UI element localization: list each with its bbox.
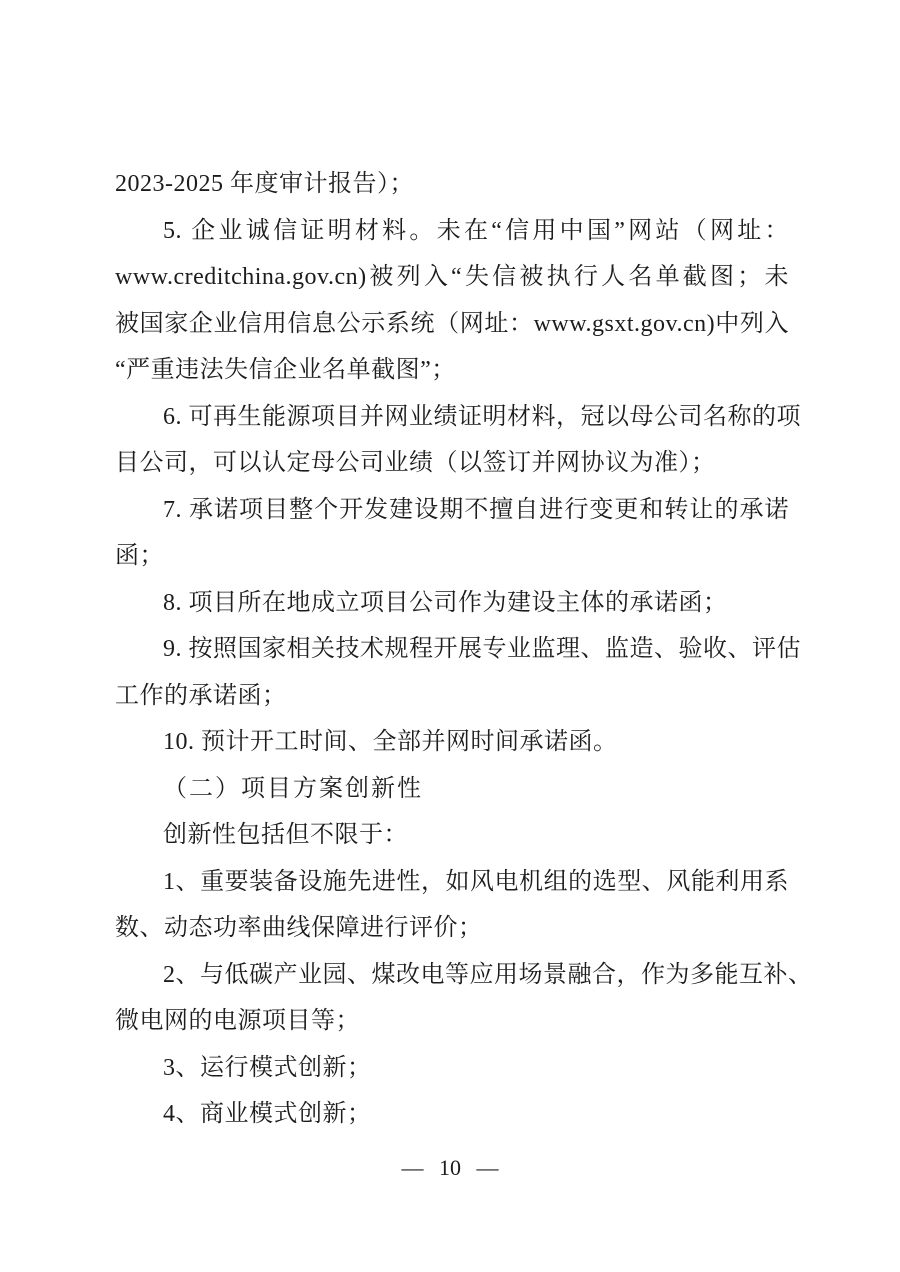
text-line: 1、重要装备设施先进性，如风电机组的选型、风能利用系 <box>115 859 789 906</box>
text-line: www.creditchina.gov.cn)被列入“失信被执行人名单截图；未 <box>115 254 789 301</box>
text-line: 4、商业模式创新； <box>115 1091 789 1138</box>
section-heading: （二）项目方案创新性 <box>115 766 789 813</box>
text-line: 8. 项目所在地成立项目公司作为建设主体的承诺函； <box>115 580 789 627</box>
text-line: 3、运行模式创新； <box>115 1045 789 1092</box>
text-line: 被国家企业信用信息公示系统（网址：www.gsxt.gov.cn)中列入 <box>115 301 789 348</box>
text-line: 函； <box>115 533 789 580</box>
text-line: 2023-2025 年度审计报告）； <box>115 161 789 208</box>
document-page: 2023-2025 年度审计报告）；5. 企业诚信证明材料。未在“信用中国”网站… <box>0 0 900 1272</box>
text-line: 7. 承诺项目整个开发建设期不擅自进行变更和转让的承诺 <box>115 487 789 534</box>
text-line: “严重违法失信企业名单截图”； <box>115 347 789 394</box>
text-line: 5. 企业诚信证明材料。未在“信用中国”网站（网址： <box>115 208 789 255</box>
text-line: 10. 预计开工时间、全部并网时间承诺函。 <box>115 719 789 766</box>
document-body: 2023-2025 年度审计报告）；5. 企业诚信证明材料。未在“信用中国”网站… <box>115 161 789 1138</box>
text-line: 创新性包括但不限于： <box>115 812 789 859</box>
text-line: 2、与低碳产业园、煤改电等应用场景融合，作为多能互补、 <box>115 952 789 999</box>
text-line: 目公司，可以认定母公司业绩（以签订并网协议为准）； <box>115 440 789 487</box>
text-line: 微电网的电源项目等； <box>115 998 789 1045</box>
text-line: 数、动态功率曲线保障进行评价； <box>115 905 789 952</box>
text-line: 6. 可再生能源项目并网业绩证明材料，冠以母公司名称的项 <box>115 394 789 441</box>
text-line: 工作的承诺函； <box>115 673 789 720</box>
page-number-footer: — 10 — <box>0 1145 900 1191</box>
text-line: 9. 按照国家相关技术规程开展专业监理、监造、验收、评估 <box>115 626 789 673</box>
